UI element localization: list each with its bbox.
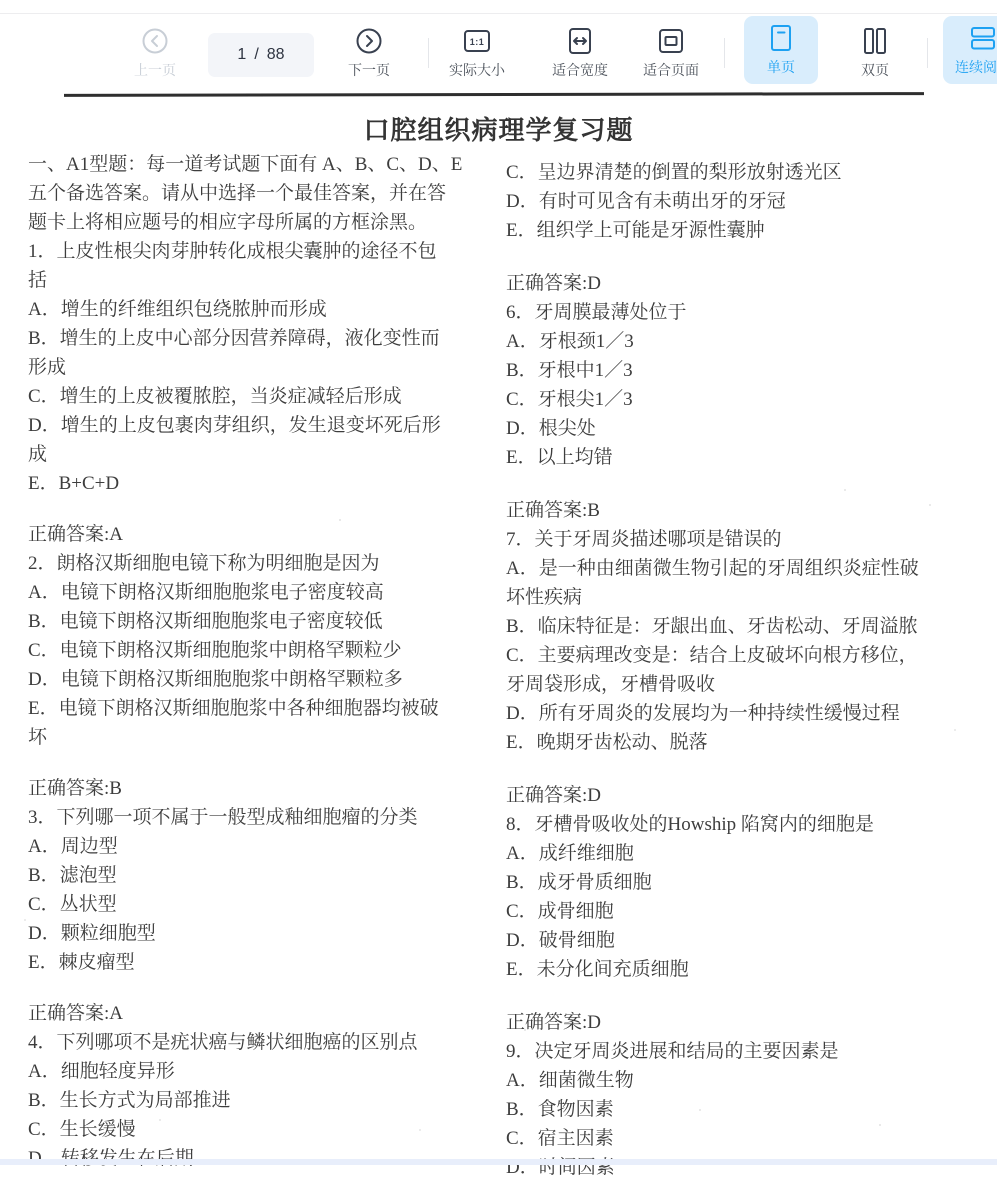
single-page-icon xyxy=(769,23,793,53)
toolbar-divider xyxy=(927,38,928,68)
double-page-button[interactable]: 双页 xyxy=(861,26,889,80)
text-line: 正确答案:B xyxy=(506,496,971,525)
text-line: 题卡上将相应题号的相应字母所属的方框涂黑。 xyxy=(28,208,498,237)
actual-size-button[interactable]: 1:1 实际大小 xyxy=(449,26,505,80)
double-page-icon xyxy=(861,26,889,56)
viewer-toolbar: 上一页 1 / 88 下一页 1:1 实际大小 xyxy=(0,0,997,90)
text-line: E．晚期牙齿松动、脱落 xyxy=(506,728,971,757)
single-page-button[interactable]: 单页 xyxy=(744,16,818,84)
continuous-reading-label: 连续阅读 xyxy=(955,57,997,77)
text-line: E．未分化间充质细胞 xyxy=(506,955,971,984)
toolbar-divider xyxy=(724,38,725,68)
question-block: 正确答案:A2．朗格汉斯细胞电镜下称为明细胞是因为A．电镜下朗格汉斯细胞胞浆电子… xyxy=(28,520,498,752)
document-title: 口腔组织病理学复习题 xyxy=(0,110,997,147)
text-line: 7．关于牙周炎描述哪项是错误的 xyxy=(506,525,971,554)
one-to-one-icon: 1:1 xyxy=(462,26,492,56)
fit-width-label: 适合宽度 xyxy=(552,60,608,80)
circle-chevron-right-icon xyxy=(355,26,383,56)
text-line: A．电镜下朗格汉斯细胞胞浆电子密度较高 xyxy=(28,578,498,607)
single-page-label: 单页 xyxy=(767,57,795,77)
text-line: 8．牙槽骨吸收处的Howship 陷窝内的细胞是 xyxy=(506,810,971,839)
text-line: D．颗粒细胞型 xyxy=(28,919,498,948)
text-line: C．牙根尖1／3 xyxy=(506,385,971,414)
text-line: 4．下列哪项不是疣状癌与鳞状细胞癌的区别点 xyxy=(28,1028,498,1057)
text-line: C．生长缓慢 xyxy=(28,1115,498,1144)
text-line: E．组织学上可能是牙源性囊肿 xyxy=(506,216,971,245)
prev-page-button[interactable]: 上一页 xyxy=(134,26,176,80)
text-line: B．牙根中1／3 xyxy=(506,356,971,385)
toolbar-divider xyxy=(428,38,429,68)
text-line: C．增生的上皮被覆脓腔，当炎症减轻后形成 xyxy=(28,382,498,411)
fit-page-icon xyxy=(657,26,685,56)
text-line: C．丛状型 xyxy=(28,890,498,919)
page-top-border xyxy=(64,92,924,97)
text-line: C．呈边界清楚的倒置的梨形放射透光区 xyxy=(506,158,971,187)
double-page-label: 双页 xyxy=(861,60,889,80)
text-line: D．所有牙周炎的发展均为一种持续性缓慢过程 xyxy=(506,699,971,728)
question-block: 一、A1型题：每一道考试题下面有 A、B、C、D、E五个备选答案。请从中选择一个… xyxy=(28,150,498,498)
text-line: D．破骨细胞 xyxy=(506,926,971,955)
next-page-button[interactable]: 下一页 xyxy=(348,26,390,80)
prev-page-label: 上一页 xyxy=(134,60,176,80)
continuous-reading-button[interactable]: 连续阅读 xyxy=(943,16,997,84)
text-line: 正确答案:D xyxy=(506,781,971,810)
text-line: A．细菌微生物 xyxy=(506,1066,971,1095)
text-line: 1．上皮性根尖肉芽肿转化成根尖囊肿的途径不包 xyxy=(28,237,498,266)
text-line: A．细胞轻度异形 xyxy=(28,1057,498,1086)
question-block: C．呈边界清楚的倒置的梨形放射透光区D．有时可见含有未萌出牙的牙冠E．组织学上可… xyxy=(506,158,971,245)
text-line: A．是一种由细菌微生物引起的牙周组织炎症性破 xyxy=(506,554,971,583)
text-line: A．成纤维细胞 xyxy=(506,839,971,868)
question-block: 正确答案:D6．牙周膜最薄处位于A．牙根颈1／3B．牙根中1／3C．牙根尖1／3… xyxy=(506,269,971,472)
text-line: B．生长方式为局部推进 xyxy=(28,1086,498,1115)
actual-size-label: 实际大小 xyxy=(449,60,505,80)
text-line: 正确答案:A xyxy=(28,520,498,549)
svg-text:1:1: 1:1 xyxy=(470,37,485,47)
question-block: 正确答案:B7．关于牙周炎描述哪项是错误的A．是一种由细菌微生物引起的牙周组织炎… xyxy=(506,496,971,757)
fit-width-button[interactable]: 适合宽度 xyxy=(552,26,608,80)
text-line: 9．决定牙周炎进展和结局的主要因素是 xyxy=(506,1037,971,1066)
left-text-column: 一、A1型题：每一道考试题下面有 A、B、C、D、E五个备选答案。请从中选择一个… xyxy=(28,150,498,1165)
text-line: 五个备选答案。请从中选择一个最佳答案，并在答 xyxy=(28,179,498,208)
circle-chevron-left-icon xyxy=(141,26,169,56)
text-line: 正确答案:D xyxy=(506,1008,971,1037)
question-block: 正确答案:A4．下列哪项不是疣状癌与鳞状细胞癌的区别点A．细胞轻度异形B．生长方… xyxy=(28,999,498,1165)
text-line: A．周边型 xyxy=(28,832,498,861)
text-line: 坏 xyxy=(28,723,498,752)
right-text-column: C．呈边界清楚的倒置的梨形放射透光区D．有时可见含有未萌出牙的牙冠E．组织学上可… xyxy=(506,158,971,1165)
text-line: 6．牙周膜最薄处位于 xyxy=(506,298,971,327)
text-line: D．电镜下朗格汉斯细胞胞浆中朗格罕颗粒多 xyxy=(28,665,498,694)
text-line: 成 xyxy=(28,440,498,469)
text-line: 正确答案:D xyxy=(506,269,971,298)
text-line: C．电镜下朗格汉斯细胞胞浆中朗格罕颗粒少 xyxy=(28,636,498,665)
fit-page-button[interactable]: 适合页面 xyxy=(643,26,699,80)
question-block: 正确答案:D9．决定牙周炎进展和结局的主要因素是A．细菌微生物B．食物因素C．宿… xyxy=(506,1008,971,1165)
text-line: 形成 xyxy=(28,353,498,382)
toolbar-top-border xyxy=(0,13,997,14)
text-line: 牙周袋形成，牙槽骨吸收 xyxy=(506,670,971,699)
text-line: B．食物因素 xyxy=(506,1095,971,1124)
total-pages: 88 xyxy=(267,46,285,64)
document-page: 口腔组织病理学复习题 一、A1型题：每一道考试题下面有 A、B、C、D、E五个备… xyxy=(0,90,997,1165)
text-line: E．B+C+D xyxy=(28,469,498,498)
text-line: A．牙根颈1／3 xyxy=(506,327,971,356)
text-line: E．以上均错 xyxy=(506,443,971,472)
next-page-label: 下一页 xyxy=(348,60,390,80)
page-separator: / xyxy=(254,46,258,64)
text-line: 括 xyxy=(28,266,498,295)
text-line: C．宿主因素 xyxy=(506,1124,971,1153)
text-line: C．主要病理改变是：结合上皮破坏向根方移位， xyxy=(506,641,971,670)
current-page: 1 xyxy=(237,46,246,64)
text-line: D．增生的上皮包裹肉芽组织，发生退变坏死后形 xyxy=(28,411,498,440)
text-line: 2．朗格汉斯细胞电镜下称为明细胞是因为 xyxy=(28,549,498,578)
continuous-reading-icon xyxy=(969,23,997,53)
text-line: B．电镜下朗格汉斯细胞胞浆电子密度较低 xyxy=(28,607,498,636)
question-block: 正确答案:B3．下列哪一项不属于一般型成釉细胞瘤的分类A．周边型B．滤泡型C．丛… xyxy=(28,774,498,977)
text-line: 坏性疾病 xyxy=(506,583,971,612)
text-line: B．增生的上皮中心部分因营养障碍，液化变性而 xyxy=(28,324,498,353)
text-line: C．成骨细胞 xyxy=(506,897,971,926)
text-line: A．增生的纤维组织包绕脓肿而形成 xyxy=(28,295,498,324)
fit-width-icon xyxy=(567,26,593,56)
fit-page-label: 适合页面 xyxy=(643,60,699,80)
text-line: 正确答案:A xyxy=(28,999,498,1028)
text-line: E．电镜下朗格汉斯细胞胞浆中各种细胞器均被破 xyxy=(28,694,498,723)
text-line: 3．下列哪一项不属于一般型成釉细胞瘤的分类 xyxy=(28,803,498,832)
text-line: 一、A1型题：每一道考试题下面有 A、B、C、D、E xyxy=(28,150,498,179)
text-line: B．滤泡型 xyxy=(28,861,498,890)
page-number-input[interactable]: 1 / 88 xyxy=(208,33,314,77)
text-line: D．根尖处 xyxy=(506,414,971,443)
question-block: 正确答案:D8．牙槽骨吸收处的Howship 陷窝内的细胞是A．成纤维细胞B．成… xyxy=(506,781,971,984)
text-line: 正确答案:B xyxy=(28,774,498,803)
text-line: E．棘皮瘤型 xyxy=(28,948,498,977)
text-line: B．临床特征是：牙龈出血、牙齿松动、牙周溢脓 xyxy=(506,612,971,641)
text-line: B．成牙骨质细胞 xyxy=(506,868,971,897)
text-line: D．有时可见含有未萌出牙的牙冠 xyxy=(506,187,971,216)
bottom-edge-strip xyxy=(0,1159,997,1165)
